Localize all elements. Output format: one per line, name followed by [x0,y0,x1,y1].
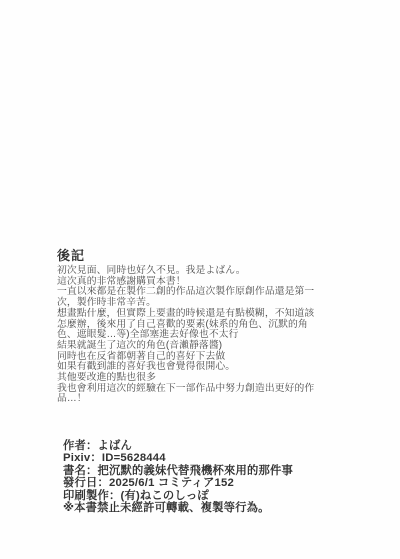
afterword-section: 後記 初次見面、同時也好久不見。我是よばん。 這次真的非常感謝購買本書！ 一直以… [57,249,357,405]
afterword-page: 後記 初次見面、同時也好久不見。我是よばん。 這次真的非常感謝購買本書！ 一直以… [0,0,400,559]
afterword-body: 初次見面、同時也好久不見。我是よばん。 這次真的非常感謝購買本書！ 一直以來都是… [57,266,357,405]
afterword-line: 我也會利用這次的經驗在下一部作品中努力創造出更好的作 [57,384,357,395]
afterword-title: 後記 [57,249,357,263]
colophon-printer-line: 印刷製作：(有)ねこのしっぽ [63,490,373,502]
colophon-booktitle-line: 書名：把沉默的義妹代替飛機杯來用的那件事 [63,465,373,477]
colophon-section: 作者：よばん Pixiv：ID=5628444 書名：把沉默的義妹代替飛機杯來用… [63,440,373,514]
afterword-line: 想畫點什麼，但實際上要畫的時候還是有點模糊，不知道該 [57,309,357,320]
colophon-pixiv-line: Pixiv：ID=5628444 [63,452,373,464]
colophon-author-line: 作者：よばん [63,440,373,452]
colophon-publishdate-line: 發行日：2025/6/1 コミティア152 [63,477,373,489]
colophon-copyright-line: ※本書禁止未經許可轉載、複製等行為。 [63,502,373,514]
afterword-line: 品…！ [57,394,357,405]
